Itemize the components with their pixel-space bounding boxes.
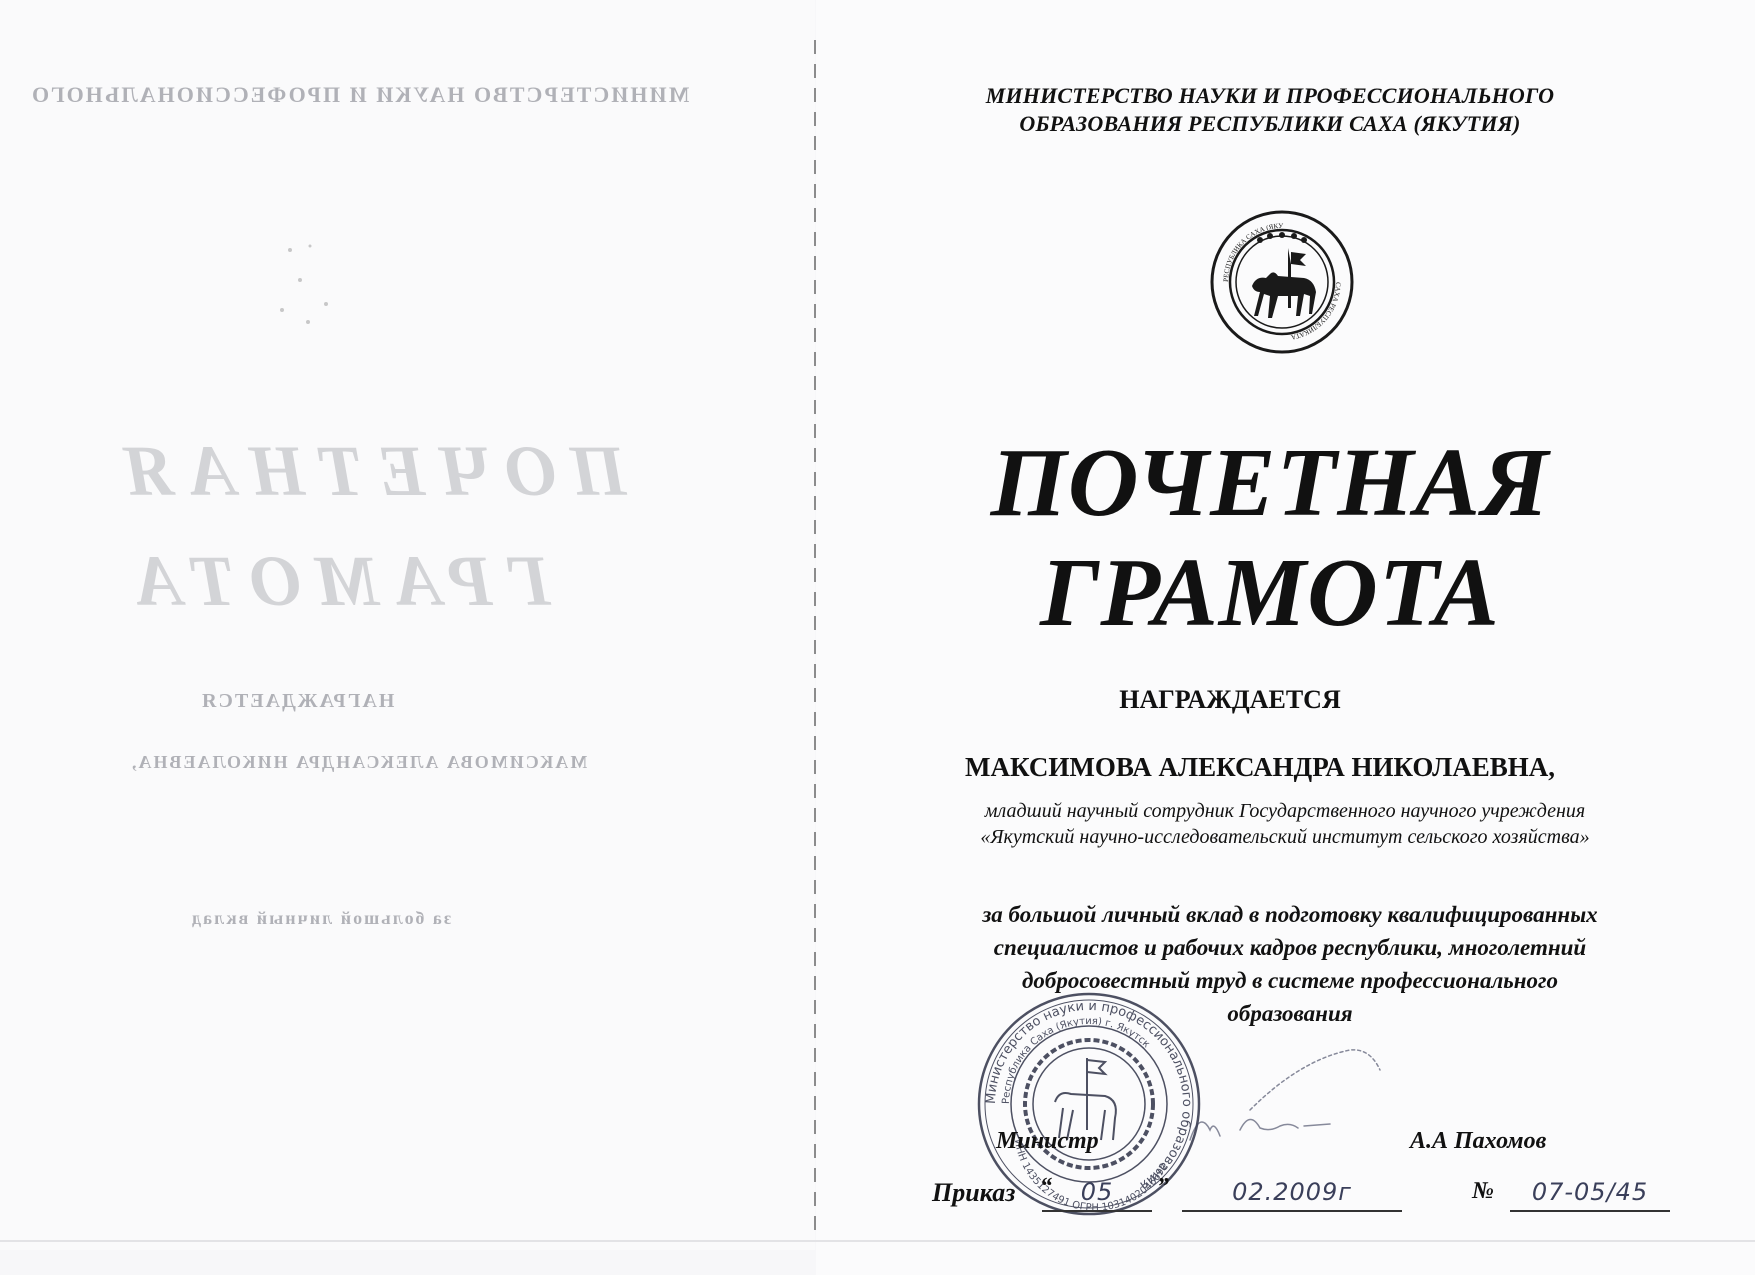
ministry-header: МИНИСТЕРСТВО НАУКИ И ПРОФЕССИОНАЛЬНОГО О… [940,82,1600,138]
reason-line-1: за большой личный вклад в подготовку ква… [880,898,1700,931]
scan-bottom-edge [0,1240,1755,1242]
ghost-emblem-icon [270,240,350,330]
order-day-value: 05 [1081,1178,1114,1206]
ghost-reason-text: за большой личный вклад [190,908,451,929]
ghost-ministry-text: МИНИСТЕРСТВО НАУКИ И ПРОФЕССИОНАЛЬНОГО [30,82,689,108]
signature-icon [1180,1040,1400,1150]
left-page-blank-back: МИНИСТЕРСТВО НАУКИ И ПРОФЕССИОНАЛЬНОГО П… [0,0,815,1250]
minister-name: А.А Пахомов [1410,1128,1546,1155]
ghost-title-line2: ГРАМОТА [120,540,551,623]
position-line-1: младший научный сотрудник Государственно… [880,798,1690,824]
order-number-value: 07-05/45 [1532,1178,1648,1206]
order-details: Приказ “ 05 ” 02.2009г № 07-05/45 [932,1178,1692,1218]
order-day-field: “ 05 ” [1042,1178,1152,1212]
recipient-name: МАКСИМОВА АЛЕКСАНДРА НИКОЛАЕВНА, [900,752,1620,783]
position-line-2: «Якутский научно-исследовательский инсти… [880,824,1690,850]
reason-line-2: специалистов и рабочих кадров республики… [880,931,1700,964]
title-line-2: ГРАМОТА [960,538,1580,648]
order-number-label: № [1472,1178,1494,1205]
awarded-label: НАГРАЖДАЕТСЯ [1020,685,1440,715]
order-number-field: 07-05/45 [1510,1178,1670,1212]
ghost-name-text: МАКСИМОВА АЛЕКСАНДРА НИКОЛАЕВНА, [130,752,587,773]
certificate-title: ПОЧЕТНАЯ ГРАМОТА [960,428,1580,648]
order-month-year-field: 02.2009г [1182,1178,1402,1212]
ministry-line-1: МИНИСТЕРСТВО НАУКИ И ПРОФЕССИОНАЛЬНОГО [940,82,1600,110]
open-quote: “ [1040,1174,1053,1201]
order-month-year-value: 02.2009г [1232,1178,1352,1206]
coat-of-arms-icon: РЕСПУБЛИКА САХА (ЯКУТИЯ) САХА РЕСПУБЛИКА… [1208,208,1356,356]
minister-label: Министр [996,1128,1099,1155]
order-label: Приказ [932,1178,1015,1208]
recipient-position: младший научный сотрудник Государственно… [880,798,1690,850]
ghost-awarded-text: НАГРАЖДАЕТСЯ [200,690,394,713]
ministry-line-2: ОБРАЗОВАНИЯ РЕСПУБЛИКИ САХА (ЯКУТИЯ) [940,110,1600,138]
close-quote: ” [1157,1174,1170,1201]
title-line-1: ПОЧЕТНАЯ [960,428,1580,538]
ghost-title-line1: ПОЧЕТНАЯ [110,430,627,513]
